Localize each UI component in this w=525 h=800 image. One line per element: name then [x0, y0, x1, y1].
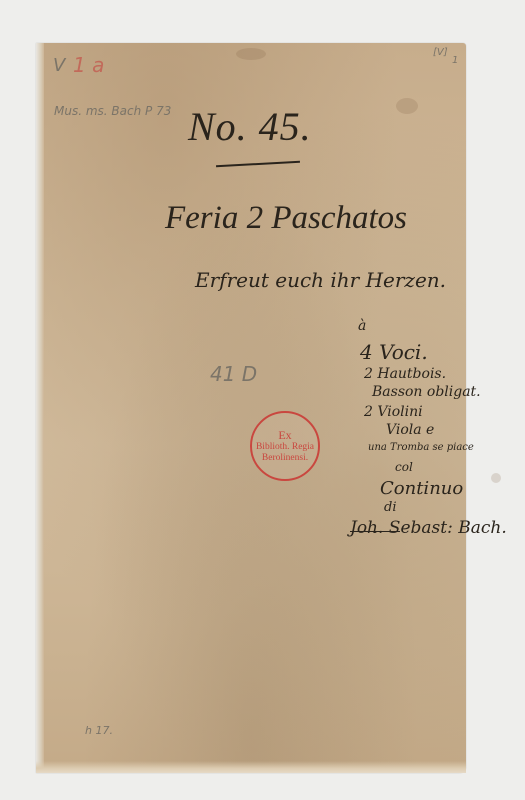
scoring-line: Viola e — [386, 422, 434, 438]
scoring-line: di — [384, 500, 396, 515]
shelfmark: Mus. ms. Bach P 73 — [54, 104, 171, 118]
occasion-title: Feria 2 Paschatos — [165, 200, 407, 237]
composer-signature: Joh. Sebast: Bach. — [350, 518, 507, 538]
scoring-line: Basson obligat. — [372, 384, 481, 400]
stamp-line: Ex — [278, 429, 291, 442]
scoring-line: Continuo — [380, 478, 463, 499]
stamp-line: Biblioth. Regia — [256, 442, 314, 452]
paper-stain — [236, 48, 266, 60]
folio-number: 1 — [452, 55, 458, 66]
scoring-intro: à — [358, 318, 366, 334]
incipit: Erfreut euch ihr Herzen. — [195, 268, 446, 292]
scoring-line: 2 Violini — [364, 404, 423, 420]
stamp-line: Berolinensi. — [262, 453, 308, 463]
scoring-line: col — [395, 460, 413, 474]
scoring-line: 4 Voci. — [360, 340, 428, 364]
bottom-pencil-note: h 17. — [85, 724, 113, 737]
scoring-line: una Tromba se piace — [368, 442, 474, 453]
red-pencil-mark: 1 a — [73, 53, 104, 77]
corner-bracket-number: [V] — [433, 47, 448, 58]
library-stamp: Ex Biblioth. Regia Berolinensi. — [250, 411, 320, 481]
paper-stain — [396, 98, 418, 114]
signature-strikethrough — [350, 531, 400, 532]
pencil-number: 41 D — [210, 362, 257, 386]
work-number: No. 45. — [188, 103, 312, 150]
scoring-line: 2 Hautbois. — [364, 366, 446, 382]
pencil-mark: V — [53, 55, 65, 76]
paper-stain — [491, 473, 501, 483]
